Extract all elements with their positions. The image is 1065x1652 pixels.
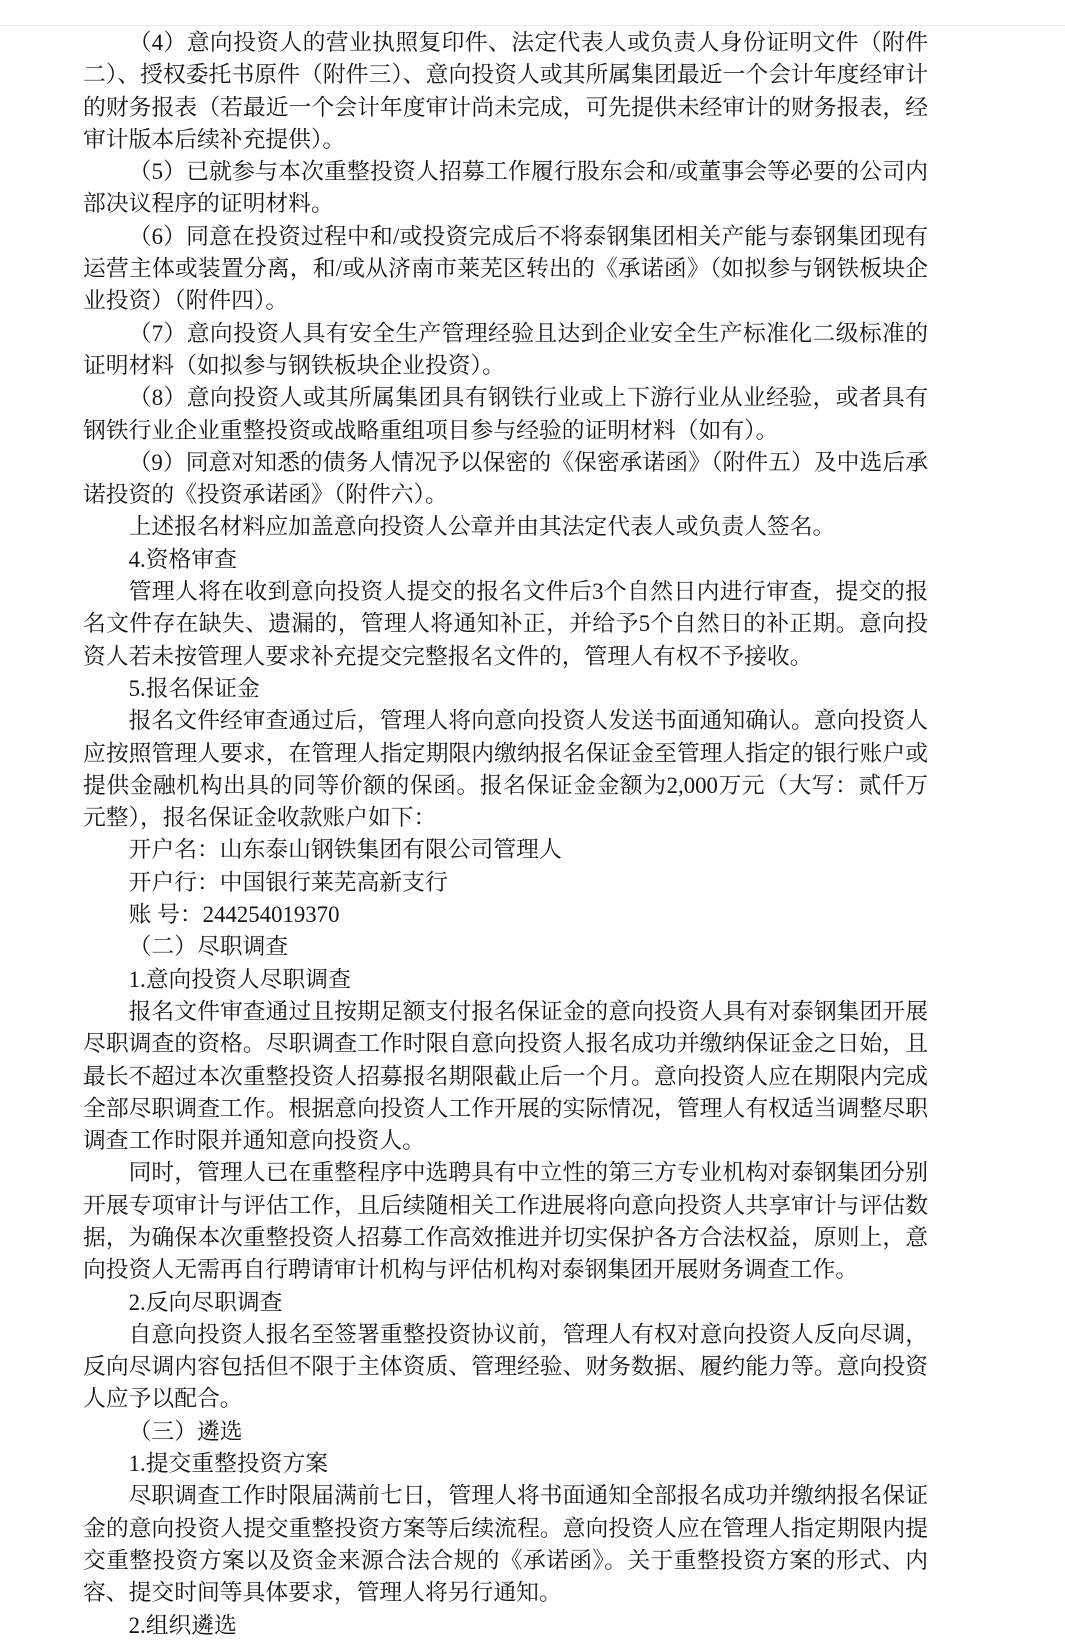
paragraph: 上述报名材料应加盖意向投资人公章并由其法定代表人或负责人签名。 <box>83 511 928 543</box>
paragraph: 2.反向尽职调查 <box>83 1287 928 1319</box>
document-page: （4）意向投资人的营业执照复印件、法定代表人或负责人身份证明文件（附件二）、授权… <box>0 0 1065 1652</box>
top-divider-line <box>0 25 1065 26</box>
paragraph: （二）尽职调查 <box>83 931 928 963</box>
paragraph: 报名文件经审查通过后，管理人将向意向投资人发送书面通知确认。意向投资人应按照管理… <box>83 705 928 834</box>
paragraph: 账 号：244254019370 <box>83 899 928 931</box>
paragraph: 同时，管理人已在重整程序中选聘具有中立性的第三方专业机构对泰钢集团分别开展专项审… <box>83 1157 928 1286</box>
document-body: （4）意向投资人的营业执照复印件、法定代表人或负责人身份证明文件（附件二）、授权… <box>83 27 928 1642</box>
paragraph: 自意向投资人报名至签署重整投资协议前，管理人有权对意向投资人反向尽调，反向尽调内… <box>83 1319 928 1416</box>
paragraph: （6）同意在投资过程中和/或投资完成后不将泰钢集团相关产能与泰钢集团现有运营主体… <box>83 221 928 318</box>
paragraph: （7）意向投资人具有安全生产管理经验且达到企业安全生产标准化二级标准的证明材料（… <box>83 318 928 383</box>
paragraph: 1.提交重整投资方案 <box>83 1448 928 1480</box>
top-margin <box>0 0 1065 25</box>
paragraph: 报名文件审查通过且按期足额支付报名保证金的意向投资人具有对泰钢集团开展尽职调查的… <box>83 996 928 1157</box>
paragraph: （4）意向投资人的营业执照复印件、法定代表人或负责人身份证明文件（附件二）、授权… <box>83 27 928 156</box>
paragraph: （8）意向投资人或其所属集团具有钢铁行业或上下游行业从业经验，或者具有钢铁行业企… <box>83 382 928 447</box>
paragraph: 尽职调查工作时限届满前七日，管理人将书面通知全部报名成功并缴纳报名保证金的意向投… <box>83 1480 928 1609</box>
paragraph: 4.资格审查 <box>83 544 928 576</box>
paragraph: （5）已就参与本次重整投资人招募工作履行股东会和/或董事会等必要的公司内部决议程… <box>83 156 928 221</box>
paragraph: （三）遴选 <box>83 1416 928 1448</box>
paragraph: 开户名：山东泰山钢铁集团有限公司管理人 <box>83 834 928 866</box>
paragraph: 1.意向投资人尽职调查 <box>83 964 928 996</box>
paragraph: 管理人将在收到意向投资人提交的报名文件后3个自然日内进行审查，提交的报名文件存在… <box>83 576 928 673</box>
paragraph: 2.组织遴选 <box>83 1610 928 1642</box>
paragraph: 5.报名保证金 <box>83 673 928 705</box>
paragraph: （9）同意对知悉的债务人情况予以保密的《保密承诺函》（附件五）及中选后承诺投资的… <box>83 447 928 512</box>
paragraph: 开户行：中国银行莱芜高新支行 <box>83 867 928 899</box>
